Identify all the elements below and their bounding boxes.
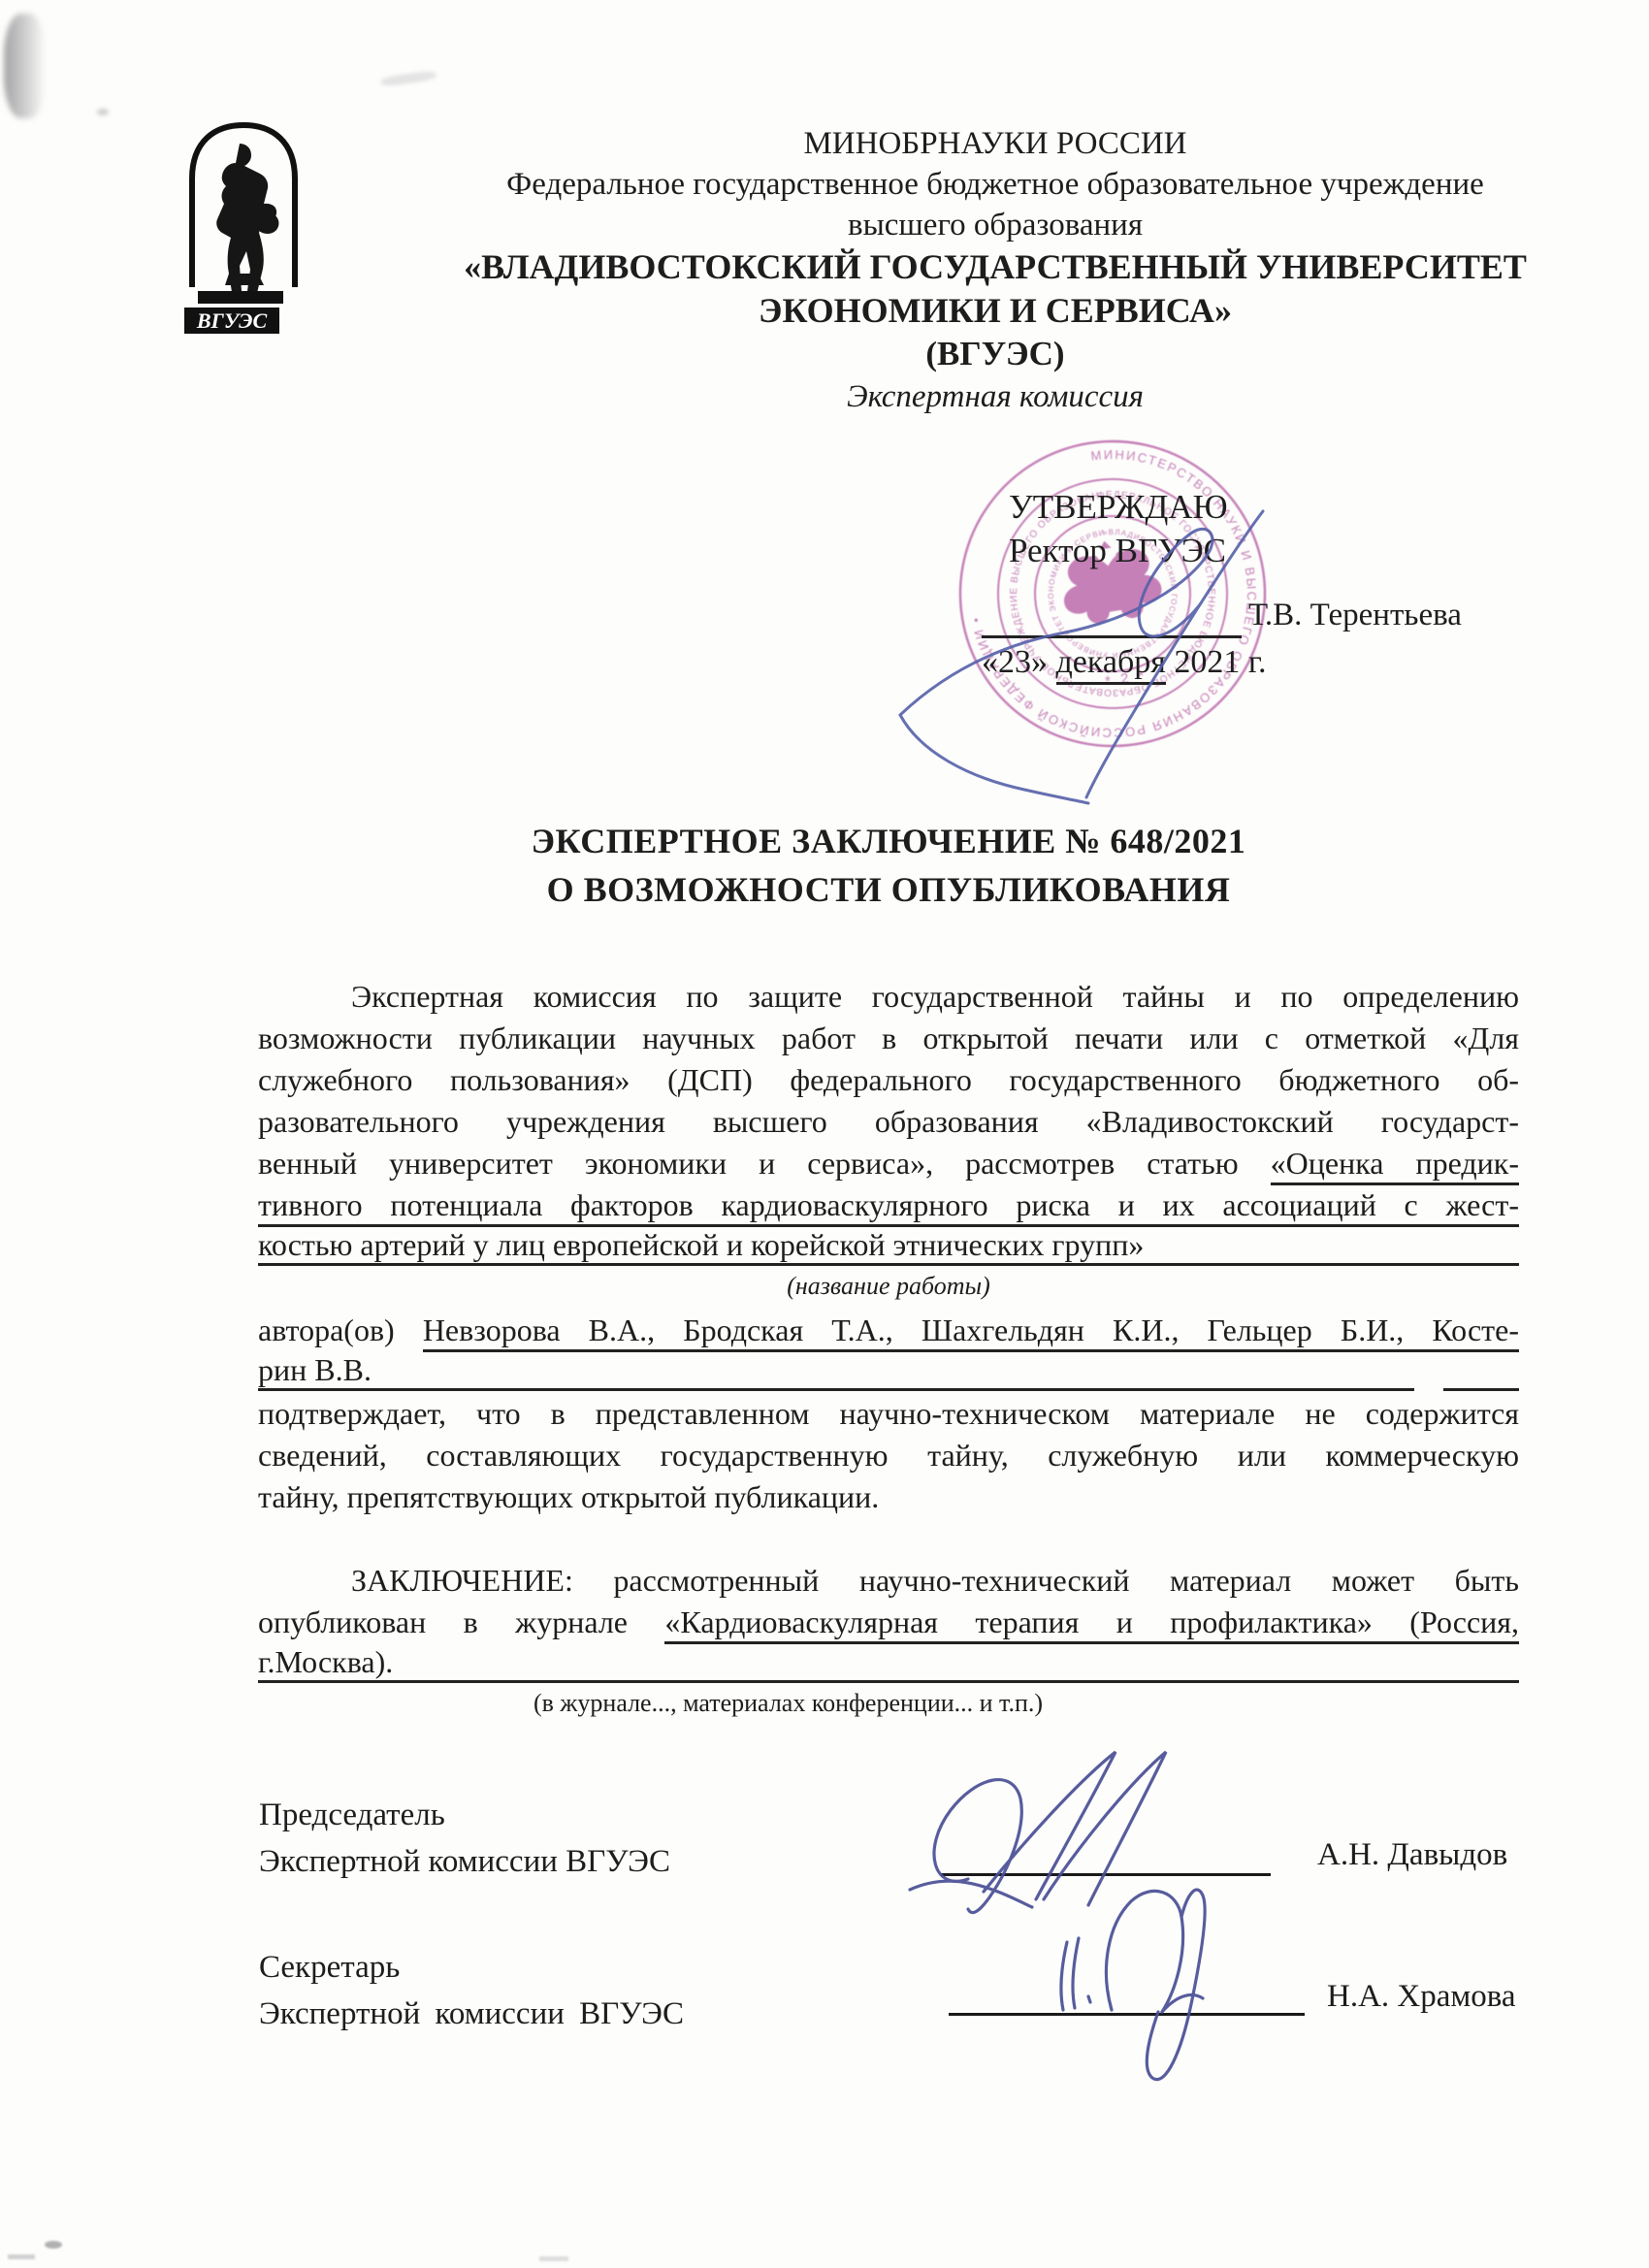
body-line: венный университет экономики и сервиса»,…: [258, 1143, 1519, 1184]
approve-label: УТВЕРЖДАЮ: [1009, 488, 1228, 527]
university-logo: ВГУЭС: [184, 118, 303, 334]
article-title-part: «Оценка предик-: [1271, 1146, 1519, 1185]
document-header: МИНОБРНАУКИ РОССИИ Федеральное государст…: [407, 123, 1583, 418]
rector-signature-line: [982, 635, 1242, 638]
document-title: ЭКСПЕРТНОЕ ЗАКЛЮЧЕНИЕ № 648/2021 О ВОЗМО…: [258, 817, 1519, 914]
journal-name: «Кардиоваскулярная терапия и профилактик…: [664, 1604, 1519, 1644]
journal-name: г.Москва).: [258, 1643, 393, 1683]
logo-acronym: ВГУЭС: [196, 308, 268, 333]
ministry-line: МИНОБРНАУКИ РОССИИ: [407, 123, 1583, 164]
university-name-line-1: «ВЛАДИВОСТОКСКИЙ ГОСУДАРСТВЕННЫЙ УНИВЕРС…: [407, 245, 1583, 289]
approval-date-day: «23»: [982, 644, 1048, 680]
approval-date: «23» декабря 2021 г.: [982, 644, 1267, 681]
scan-smudge-top-left: [4, 14, 47, 118]
article-title-part: костью артерий у лиц европейской и корей…: [258, 1226, 1144, 1266]
article-title-line: тивного потенциала факторов кардиоваскул…: [258, 1184, 1519, 1226]
scan-pencil-mark: [380, 70, 437, 87]
blank-underline: [372, 1351, 1414, 1391]
body-line: служебного пользования» (ДСП) федерально…: [258, 1059, 1519, 1101]
chairman-name: А.Н. Давыдов: [1317, 1837, 1507, 1873]
blank-underline: [1144, 1226, 1519, 1266]
authors-names: Невзорова В.А., Бродская Т.А., Шахгельдя…: [423, 1312, 1519, 1352]
authors-line: рин В.В.: [258, 1351, 1519, 1393]
blank-underline: [393, 1643, 1519, 1683]
conclusion-line: г.Москва).: [258, 1643, 1519, 1685]
scanned-document-page: ВГУЭС МИНОБРНАУКИ РОССИИ Федеральное гос…: [0, 0, 1649, 2268]
round-stamp: МИНИСТЕРСТВО НАУКИ И ВЫСШЕГО ОБРАЗОВАНИЯ…: [922, 404, 1302, 783]
conclusion-line: ЗАКЛЮЧЕНИЕ: рассмотренный научно-техниче…: [258, 1560, 1519, 1602]
body-line: возможности публикации научных работ в о…: [258, 1018, 1519, 1059]
secretary-signature-line: [949, 2013, 1305, 2016]
journal-caption: (в журнале..., материалах конференции...…: [258, 1685, 1519, 1727]
institution-line-1: Федеральное государственное бюджетное об…: [407, 164, 1583, 205]
article-title-line: костью артерий у лиц европейской и корей…: [258, 1226, 1519, 1268]
secretary-title-line-2: Экспертной комиссии ВГУЭС: [259, 1996, 684, 2032]
document-title-line-2: О ВОЗМОЖНОСТИ ОПУБЛИКОВАНИЯ: [258, 865, 1519, 914]
chairman-title-line-1: Председатель: [259, 1798, 445, 1833]
commission-name: Экспертная комиссия: [407, 375, 1583, 418]
document-body: Экспертная комиссия по защите государств…: [258, 976, 1519, 1727]
secretary-signature: [1061, 1890, 1205, 2080]
scan-speck-bottom-edge: [8, 2254, 35, 2259]
blank-line: [258, 1518, 1519, 1560]
statue-icon: [216, 144, 278, 293]
institution-line-2: высшего образования: [407, 205, 1583, 245]
work-title-caption: (название работы): [258, 1268, 1519, 1310]
underline-gap: [1414, 1351, 1443, 1388]
conclusion-line: опубликован в журнале «Кардиоваскулярная…: [258, 1602, 1519, 1643]
university-logo-icon: ВГУЭС: [184, 118, 303, 334]
body-line: подтверждает, что в представленном научн…: [258, 1393, 1519, 1435]
blank-underline-segment: [1443, 1351, 1519, 1391]
conclusion-text: опубликован в журнале: [258, 1604, 664, 1639]
scan-speck-bottom-center: [539, 2256, 568, 2261]
article-title-part: тивного потенциала факторов кардиоваскул…: [258, 1187, 1519, 1227]
body-line: тайну, препятствующих открытой публикаци…: [258, 1476, 1519, 1518]
document-title-line-1: ЭКСПЕРТНОЕ ЗАКЛЮЧЕНИЕ № 648/2021: [258, 817, 1519, 865]
chairman-signature-line: [941, 1873, 1271, 1876]
authors-line: автора(ов) Невзорова В.А., Бродская Т.А.…: [258, 1310, 1519, 1351]
body-line: Экспертная комиссия по защите государств…: [258, 976, 1519, 1018]
approval-date-month: декабря: [1056, 644, 1166, 685]
authors-label: автора(ов): [258, 1312, 423, 1347]
chairman-title-line-2: Экспертной комиссии ВГУЭС: [259, 1844, 670, 1880]
approver-name: Т.В. Терентьева: [1248, 598, 1462, 633]
authors-names: рин В.В.: [258, 1351, 372, 1391]
scan-speck-bottom: [45, 2241, 62, 2249]
approval-date-tail: 2021 г.: [1166, 644, 1267, 680]
scan-speck: [97, 109, 109, 115]
approver-title: Ректор ВГУЭС: [1009, 532, 1226, 570]
body-line: разовательного учреждения высшего образо…: [258, 1101, 1519, 1143]
university-name-line-2: ЭКОНОМИКИ И СЕРВИСА»: [407, 289, 1583, 333]
body-line: сведений, составляющих государственную т…: [258, 1435, 1519, 1476]
secretary-title-line-1: Секретарь: [259, 1950, 400, 1986]
body-line-text: венный университет экономики и сервиса»,…: [258, 1146, 1271, 1181]
secretary-name: Н.А. Храмова: [1327, 1979, 1516, 2015]
chairman-signature: [910, 1752, 1166, 1913]
university-acronym: (ВГУЭС): [407, 333, 1583, 375]
